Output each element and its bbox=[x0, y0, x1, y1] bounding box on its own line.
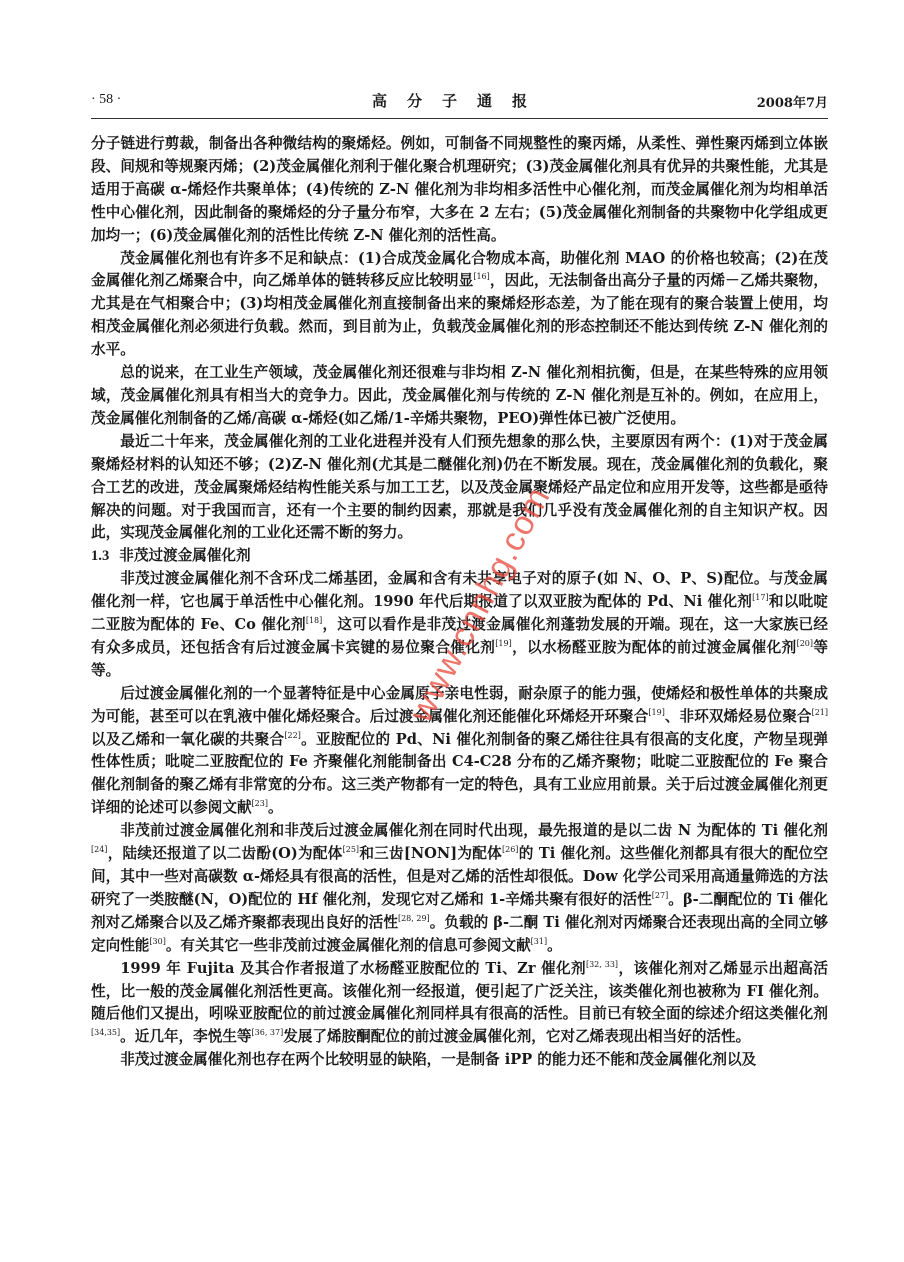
paragraph: 分子链进行剪裁，制备出各种微结构的聚烯烃。例如，可制备不同规整性的聚丙烯，从柔性… bbox=[91, 133, 828, 248]
citation-ref: [19] bbox=[648, 708, 664, 717]
header-rule bbox=[91, 118, 828, 119]
citation-ref: [21] bbox=[812, 708, 828, 717]
paragraph: 1999 年 Fujita 及其合作者报道了水杨醛亚胺配位的 Ti、Zr 催化剂… bbox=[91, 958, 828, 1050]
citation-ref: [22] bbox=[284, 731, 300, 740]
paragraph: 非茂过渡金属催化剂不含环戊二烯基团，金属和含有未共享电子对的原子(如 N、O、P… bbox=[91, 568, 828, 683]
article-body: 分子链进行剪裁，制备出各种微结构的聚烯烃。例如，可制备不同规整性的聚丙烯，从柔性… bbox=[91, 133, 828, 1072]
citation-ref: [25] bbox=[343, 845, 359, 854]
citation-ref: [24] bbox=[91, 845, 107, 854]
citation-ref: [17] bbox=[752, 593, 768, 602]
citation-ref: [20] bbox=[797, 639, 813, 648]
citation-ref: [31] bbox=[531, 937, 547, 946]
citation-ref: [23] bbox=[252, 799, 268, 808]
citation-ref: [16] bbox=[473, 272, 489, 281]
running-header: · 58 · 高分子通报 2008年7月 bbox=[91, 88, 828, 114]
paragraph: 最近二十年来，茂金属催化剂的工业化进程并没有人们预先想象的那么快，主要原因有两个… bbox=[91, 431, 828, 546]
citation-ref: [30] bbox=[149, 937, 165, 946]
paragraph: 非茂过渡金属催化剂也存在两个比较明显的缺陷，一是制备 iPP 的能力还不能和茂金… bbox=[91, 1049, 828, 1072]
citation-ref: [18] bbox=[306, 616, 322, 625]
paragraph: 非茂前过渡金属催化剂和非茂后过渡金属催化剂在同时代出现，最先报道的是以二齿 N … bbox=[91, 820, 828, 957]
paragraph: 总的说来，在工业生产领域，茂金属催化剂还很难与非均相 Z-N 催化剂相抗衡，但是… bbox=[91, 362, 828, 431]
section-number: 1.3 bbox=[91, 548, 109, 564]
citation-ref: [19] bbox=[495, 639, 511, 648]
citation-ref: [32, 33] bbox=[586, 960, 618, 969]
paragraph: 后过渡金属催化剂的一个显著特征是中心金属原子亲电性弱，耐杂原子的能力强，使烯烃和… bbox=[91, 683, 828, 820]
citation-ref: [36, 37] bbox=[252, 1028, 284, 1037]
issue-date: 2008年7月 bbox=[757, 92, 828, 111]
section-heading: 1.3非茂过渡金属催化剂 bbox=[91, 545, 828, 568]
citation-ref: [27] bbox=[652, 891, 668, 900]
journal-title: 高分子通报 bbox=[91, 90, 828, 111]
paragraph: 茂金属催化剂也有许多不足和缺点：(1)合成茂金属化合物成本高，助催化剂 MAO … bbox=[91, 248, 828, 363]
section-title: 非茂过渡金属催化剂 bbox=[119, 547, 250, 564]
citation-ref: [26] bbox=[502, 845, 518, 854]
citation-ref: [34,35] bbox=[91, 1028, 120, 1037]
citation-ref: [28, 29] bbox=[398, 914, 430, 923]
